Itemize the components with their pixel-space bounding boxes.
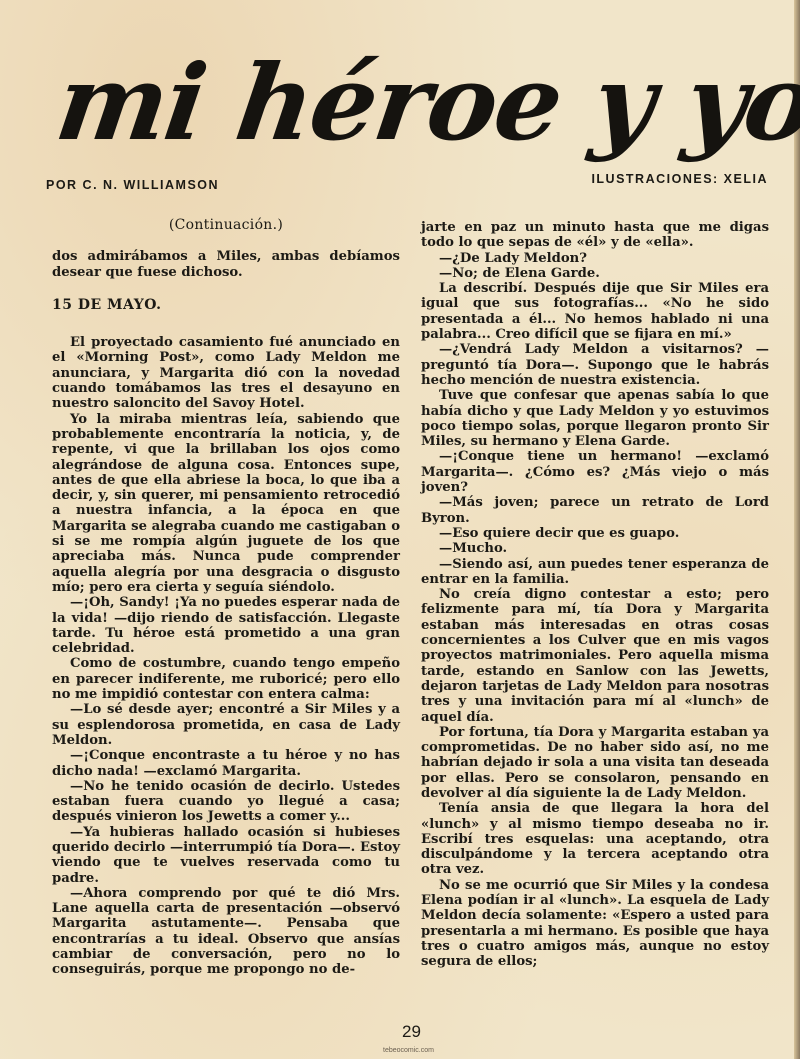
illustrator-credit: ILUSTRACIONES: XELIA	[591, 172, 768, 186]
paragraph: El proyectado casamiento fué anunciado e…	[52, 335, 400, 411]
paragraph: —Más joven; parece un retrato de Lord By…	[421, 495, 769, 526]
continuation-label: (Continuación.)	[52, 218, 400, 233]
paragraph: —Siendo así, aun puedes tener esperanza …	[421, 557, 769, 588]
paragraph: —Eso quiere decir que es guapo.	[421, 526, 769, 541]
date-heading: 15 DE MAYO.	[52, 298, 400, 313]
paragraph: —¿Vendrá Lady Meldon a visitarnos? —preg…	[421, 342, 769, 388]
watermark: tebeocomic.com	[383, 1047, 434, 1054]
paragraph: —¡Conque tiene un hermano! —exclamó Marg…	[421, 449, 769, 495]
paragraph: —No he tenido ocasión de decirlo. Ustede…	[52, 779, 400, 825]
paragraph: Tenía ansia de que llegara la hora del «…	[421, 801, 769, 877]
paragraph: —Lo sé desde ayer; encontré a Sir Miles …	[52, 702, 400, 748]
left-column: (Continuación.) dos admirábamos a Miles,…	[52, 218, 400, 978]
paragraph: —No; de Elena Garde.	[421, 266, 769, 281]
paragraph: —Mucho.	[421, 541, 769, 556]
magazine-page: mi héroe y yo POR C. N. WILLIAMSON ILUST…	[0, 0, 800, 1059]
paragraph: —¡Conque encontraste a tu héroe y no has…	[52, 748, 400, 779]
opening-paragraph: dos admirábamos a Miles, ambas debíamos …	[52, 249, 400, 280]
paragraph: Por fortuna, tía Dora y Margarita estaba…	[421, 725, 769, 801]
paragraph: No creía digno contestar a esto; pero fe…	[421, 587, 769, 725]
story-title: mi héroe y yo	[49, 38, 787, 168]
paragraph: —¿De Lady Meldon?	[421, 251, 769, 266]
paragraph: Yo la miraba mientras leía, sabiendo que…	[52, 412, 400, 596]
paragraph: Como de costumbre, cuando tengo empeño e…	[52, 656, 400, 702]
paragraph: —Ahora comprendo por qué te dió Mrs. Lan…	[52, 886, 400, 978]
right-column: jarte en paz un minuto hasta que me diga…	[421, 220, 769, 970]
opening-paragraph: jarte en paz un minuto hasta que me diga…	[421, 220, 769, 251]
paragraph: Tuve que confesar que apenas sabía lo qu…	[421, 388, 769, 449]
paragraph: —¡Oh, Sandy! ¡Ya no puedes esperar nada …	[52, 595, 400, 656]
paragraph: —Ya hubieras hallado ocasión si hubieses…	[52, 825, 400, 886]
paragraph: No se me ocurrió que Sir Miles y la cond…	[421, 878, 769, 970]
page-number: 29	[402, 1022, 421, 1042]
author-byline: POR C. N. WILLIAMSON	[46, 178, 219, 192]
paragraph: La describí. Después dije que Sir Miles …	[421, 281, 769, 342]
